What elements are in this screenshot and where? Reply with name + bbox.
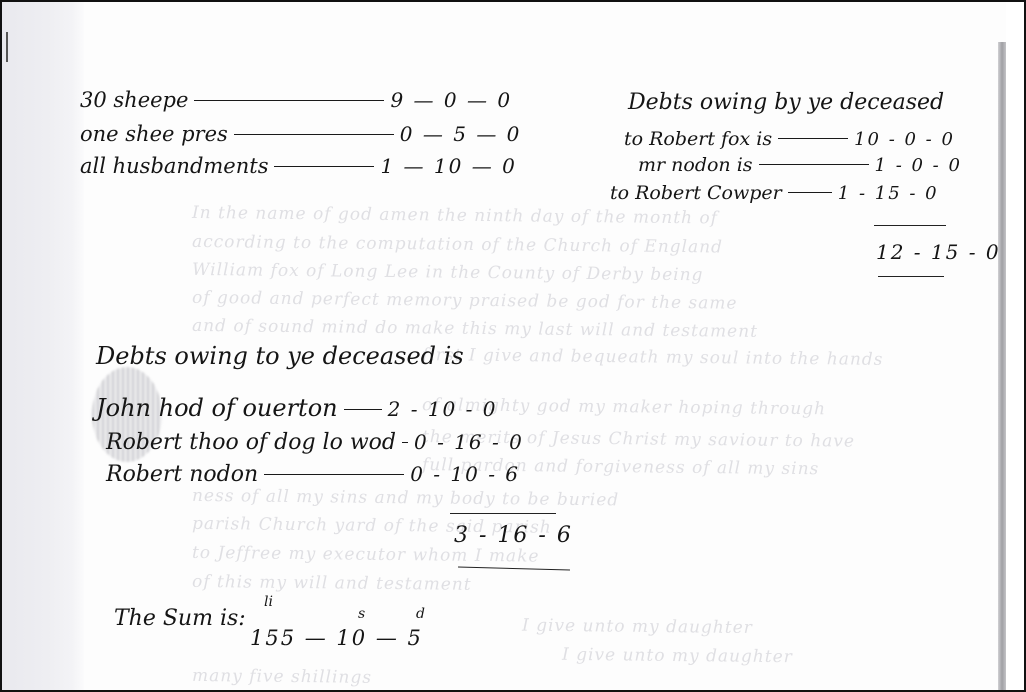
leader-line [234,134,394,135]
binding-edge [998,42,1006,692]
leader-line [264,474,404,475]
item-amount: 0 - 10 - 6 [410,462,520,486]
show-through-text: I give unto my daughter [562,645,982,669]
right-margin [1006,2,1026,690]
scanned-page: In the name of god amen the ninth day of… [0,0,1026,692]
total-rule [458,567,570,571]
show-through-text: parish Church yard of the said parish [192,514,972,542]
debt-item: Robert thoo of dog lo wod 0 - 16 - 0 [106,430,524,455]
leader-line [402,442,408,443]
debts-owing-to-total: 3 - 16 - 6 [454,523,573,548]
leader-line [788,192,832,193]
leader-line [274,166,374,167]
item-label: to Robert fox is [624,128,772,150]
item-amount: 1 - 15 - 0 [838,183,939,204]
unit-mark-li: li [264,594,273,610]
sum-amount: 155 — 10 — 5 [250,626,423,650]
leader-line [759,164,869,165]
debt-item: John hod of ouerton 2 - 10 - 0 [96,394,497,422]
item-amount: 0 — 5 — 0 [400,122,522,146]
show-through-text: according to the computation of the Chur… [192,232,972,260]
show-through-text: first I give and bequeath my soul into t… [422,345,982,371]
item-label: one shee pres [80,122,228,146]
total-rule [450,513,556,514]
item-label: 30 sheepe [80,88,188,112]
item-label: all husbandments [80,154,268,178]
debt-item: to Robert fox is 10 - 0 - 0 [624,128,955,150]
left-margin-shadow [2,2,84,690]
show-through-text: In the name of god amen the ninth day of… [192,203,972,231]
item-amount: 10 - 0 - 0 [854,129,955,150]
item-label: mr nodon is [638,154,753,176]
unit-mark-d: d [416,606,425,622]
show-through-text: and of sound mind do make this my last w… [192,316,972,344]
item-amount: 0 - 16 - 0 [414,430,524,454]
debt-item: mr nodon is 1 - 0 - 0 [638,154,962,176]
item-amount: 1 - 0 - 0 [875,155,962,176]
inventory-item: all husbandments 1 — 10 — 0 [80,154,517,178]
inventory-item: one shee pres 0 — 5 — 0 [80,122,521,146]
item-amount: 9 — 0 — 0 [390,88,512,112]
total-rule [878,276,944,277]
show-through-text: of good and perfect memory praised be go… [192,288,972,316]
item-label: to Robert Cowper [610,182,782,204]
show-through-text: I give unto my daughter [522,616,982,641]
item-label: John hod of ouerton [96,394,338,422]
sum-label: The Sum is: [114,606,246,631]
show-through-text: William fox of Long Lee in the County of… [192,260,972,288]
item-label: Robert thoo of dog lo wod [106,430,396,455]
leader-line [778,138,848,139]
item-amount: 1 — 10 — 0 [380,154,516,178]
inventory-item: 30 sheepe 9 — 0 — 0 [80,88,512,112]
debts-owing-to-heading: Debts owing to ye deceased is [96,342,464,370]
debt-item: Robert nodon 0 - 10 - 6 [106,462,520,487]
debts-owing-by-heading: Debts owing by ye deceased [628,90,944,115]
show-through-text: ness of all my sins and my body to be bu… [192,486,972,514]
item-amount: 2 - 10 - 0 [388,397,498,421]
item-label: Robert nodon [106,462,258,487]
leader-line [194,100,384,101]
unit-mark-s: s [358,606,365,622]
show-through-text: of this my will and testament [192,572,972,600]
show-through-text: of almighty god my maker hoping through [422,395,982,421]
show-through-text: many five shillings [192,666,972,692]
leader-line [344,409,382,410]
debt-item: to Robert Cowper 1 - 15 - 0 [610,182,939,204]
show-through-text: to Jeffree my executor whom I make [192,543,972,571]
debts-owing-by-total: 12 - 15 - 0 [876,240,1001,264]
total-rule [874,225,946,226]
